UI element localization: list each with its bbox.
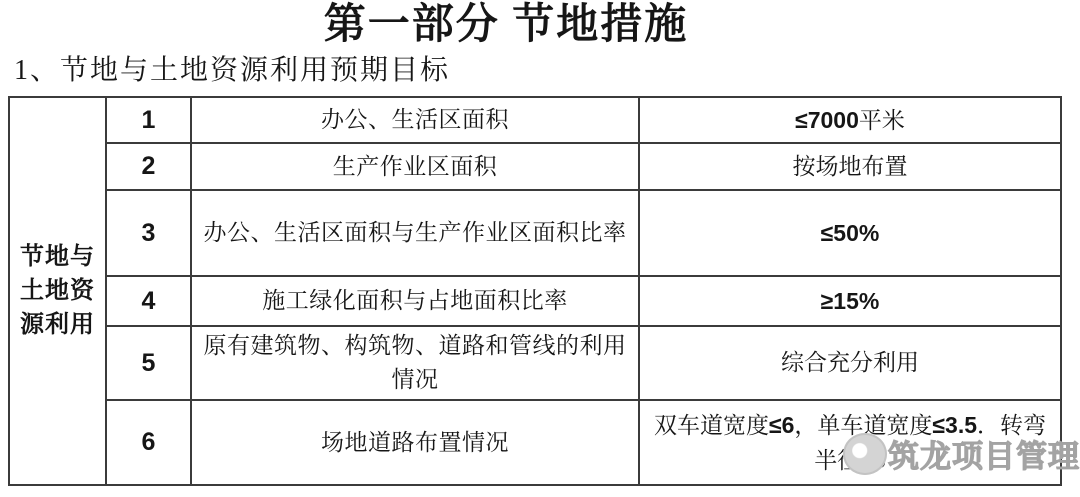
item-label: 办公、生活区面积 [191, 97, 639, 143]
category-cell: 节地与土地资源利用 [9, 97, 106, 485]
target-value: 按场地布置 [639, 143, 1061, 190]
row-number: 6 [106, 400, 191, 485]
item-label: 原有建筑物、构筑物、道路和管线的利用情况 [191, 326, 639, 400]
page-title: 第一部分 节地措施 [0, 0, 1012, 50]
target-number: ≤5 [860, 447, 885, 473]
table-row: 节地与土地资源利用 1 办公、生活区面积 ≤7000平米 [9, 97, 1061, 143]
row-number: 2 [106, 143, 191, 190]
target-value: ≤7000平米 [639, 97, 1061, 143]
target-number: ≤3.5 [932, 412, 977, 438]
row-number: 3 [106, 190, 191, 276]
target-text: 双车道宽度 [654, 413, 769, 438]
target-value: ≥15% [639, 276, 1061, 326]
target-number: ≥15% [821, 288, 880, 314]
target-value: 综合充分利用 [639, 326, 1061, 400]
item-label: 生产作业区面积 [191, 143, 639, 190]
target-number: ≤7000 [795, 107, 859, 133]
table-row: 4 施工绿化面积与占地面积比率 ≥15% [9, 276, 1061, 326]
section-heading: 1、节地与土地资源利用预期目标 [14, 53, 450, 89]
table-row: 5 原有建筑物、构筑物、道路和管线的利用情况 综合充分利用 [9, 326, 1061, 400]
table-row: 6 场地道路布置情况 双车道宽度≤6，单车道宽度≤3.5．转弯半径≤5 [9, 400, 1061, 485]
row-number: 4 [106, 276, 191, 326]
row-number: 5 [106, 326, 191, 400]
item-label: 场地道路布置情况 [191, 400, 639, 485]
target-unit: 平米 [859, 108, 905, 133]
target-text: ，单车道宽度 [794, 413, 932, 438]
land-use-targets-table: 节地与土地资源利用 1 办公、生活区面积 ≤7000平米 2 生产作业区面积 按… [8, 96, 1062, 486]
target-value: ≤50% [639, 190, 1061, 276]
target-number: ≤50% [821, 220, 880, 246]
item-label: 施工绿化面积与占地面积比率 [191, 276, 639, 326]
table-row: 2 生产作业区面积 按场地布置 [9, 143, 1061, 190]
target-value: 双车道宽度≤6，单车道宽度≤3.5．转弯半径≤5 [639, 400, 1061, 485]
document-page: 第一部分 节地措施 1、节地与土地资源利用预期目标 节地与土地资源利用 1 办公… [0, 0, 1080, 497]
item-label: 办公、生活区面积与生产作业区面积比率 [191, 190, 639, 276]
target-number: ≤6 [769, 412, 794, 438]
row-number: 1 [106, 97, 191, 143]
table-row: 3 办公、生活区面积与生产作业区面积比率 ≤50% [9, 190, 1061, 276]
